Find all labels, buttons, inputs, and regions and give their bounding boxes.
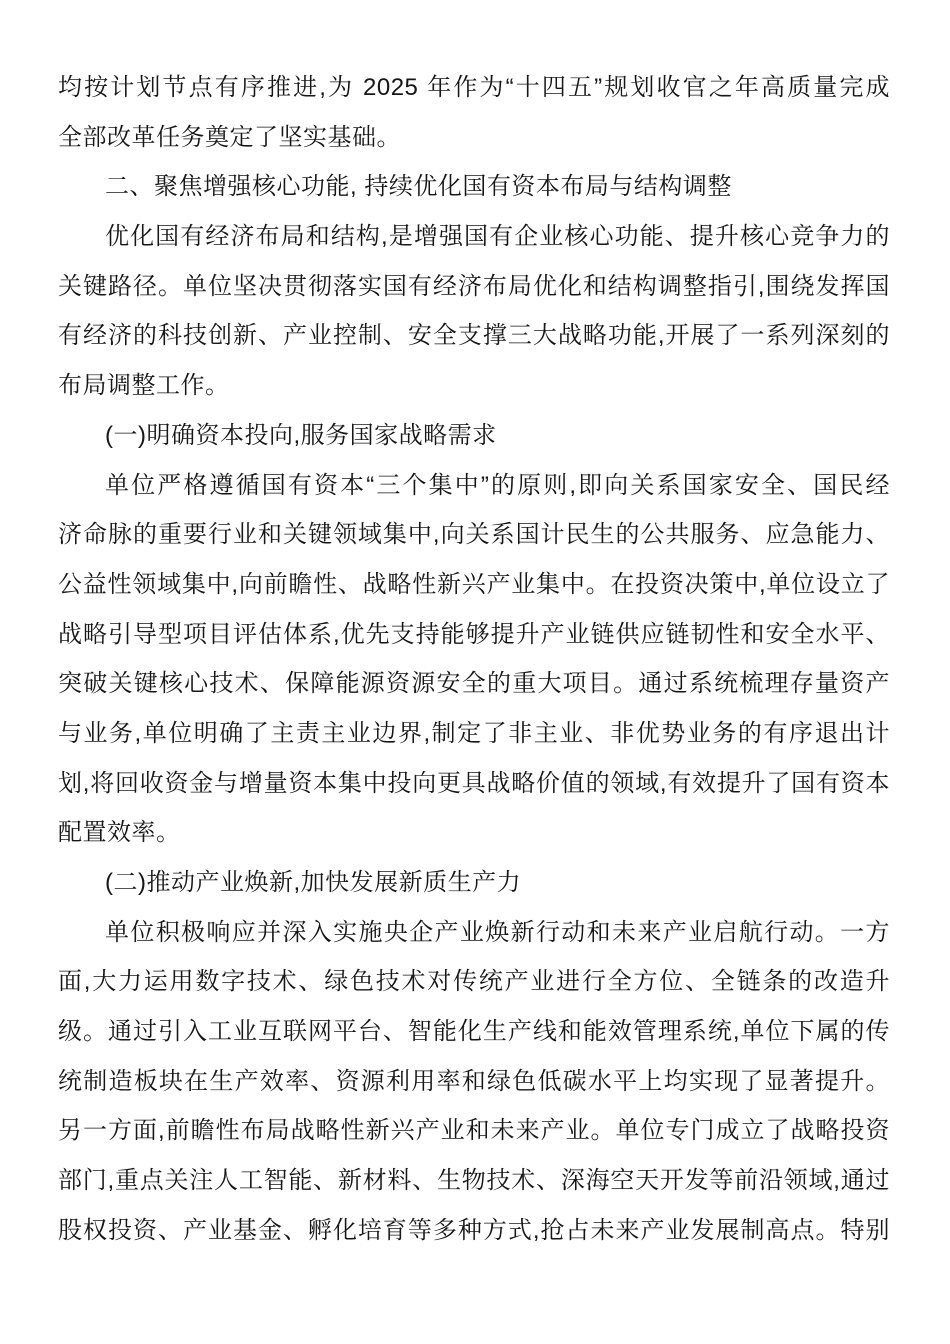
text-line: 单位严格遵循国有资本“三个集中”的原则,即向关系国家安全、国民经 — [58, 461, 890, 511]
document-page: 均按计划节点有序推进,为 2025 年作为“十四五”规划收官之年高质量完成 全部… — [0, 0, 950, 1344]
document-text-block: 均按计划节点有序推进,为 2025 年作为“十四五”规划收官之年高质量完成 全部… — [58, 63, 890, 1256]
text-line: 部门,重点关注人工智能、新材料、生物技术、深海空天开发等前沿领域,通过 — [58, 1156, 890, 1206]
text-line: 有经济的科技创新、产业控制、安全支撑三大战略功能,开展了一系列深刻的 — [58, 311, 890, 361]
text-line: 划,将回收资金与增量资本集中投向更具战略价值的领域,有效提升了国有资本 — [58, 759, 890, 809]
text-line: 面,大力运用数字技术、绿色技术对传统产业进行全方位、全链条的改造升 — [58, 957, 890, 1007]
section-heading: 二、聚焦增强核心功能, 持续优化国有资本布局与结构调整 — [58, 162, 890, 212]
text-line: 股权投资、产业基金、孵化培育等多种方式,抢占未来产业发展制高点。特别 — [58, 1206, 890, 1256]
text-line: 公益性领域集中,向前瞻性、战略性新兴产业集中。在投资决策中,单位设立了 — [58, 560, 890, 610]
text-line: 级。通过引入工业互联网平台、智能化生产线和能效管理系统,单位下属的传 — [58, 1007, 890, 1057]
text-line: 均按计划节点有序推进,为 2025 年作为“十四五”规划收官之年高质量完成 — [58, 63, 890, 113]
text-line: 关键路径。单位坚决贯彻落实国有经济布局优化和结构调整指引,围绕发挥国 — [58, 262, 890, 312]
text-line: 另一方面,前瞻性布局战略性新兴产业和未来产业。单位专门成立了战略投资 — [58, 1106, 890, 1156]
text-line: 统制造板块在生产效率、资源利用率和绿色低碳水平上均实现了显著提升。 — [58, 1057, 890, 1107]
subsection-heading-1: (一)明确资本投向,服务国家战略需求 — [58, 411, 890, 461]
text-line: 突破关键核心技术、保障能源资源安全的重大项目。通过系统梳理存量资产 — [58, 659, 890, 709]
text-line: 全部改革任务奠定了坚实基础。 — [58, 113, 890, 163]
text-line: 配置效率。 — [58, 808, 890, 858]
text-line: 济命脉的重要行业和关键领域集中,向关系国计民生的公共服务、应急能力、 — [58, 510, 890, 560]
text-line: 单位积极响应并深入实施央企产业焕新行动和未来产业启航行动。一方 — [58, 908, 890, 958]
text-line: 与业务,单位明确了主责主业边界,制定了非主业、非优势业务的有序退出计 — [58, 709, 890, 759]
text-line: 优化国有经济布局和结构,是增强国有企业核心功能、提升核心竞争力的 — [58, 212, 890, 262]
text-line: 布局调整工作。 — [58, 361, 890, 411]
text-line: 战略引导型项目评估体系,优先支持能够提升产业链供应链韧性和安全水平、 — [58, 610, 890, 660]
subsection-heading-2: (二)推动产业焕新,加快发展新质生产力 — [58, 858, 890, 908]
